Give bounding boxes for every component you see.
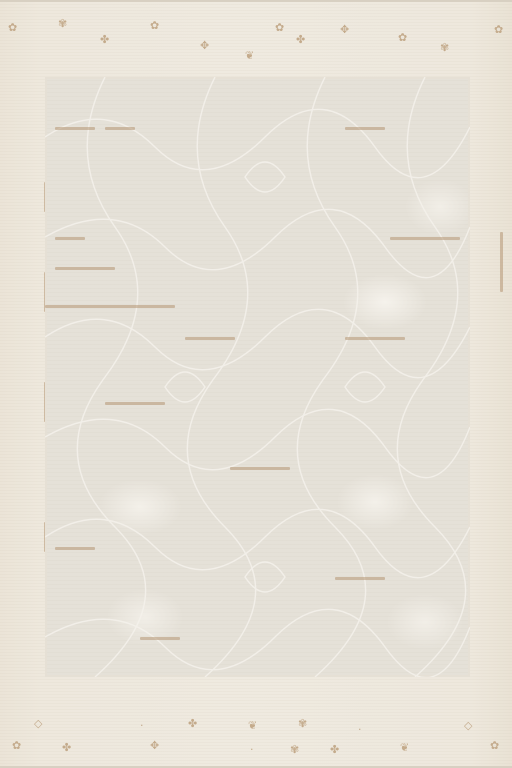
abrash-streak bbox=[105, 402, 165, 405]
border-motif: · bbox=[358, 724, 362, 735]
border-motif: ◇ bbox=[464, 720, 472, 731]
border-motif: ✤ bbox=[188, 718, 197, 729]
border-motif: ✿ bbox=[490, 740, 499, 751]
border-motif: ✤ bbox=[296, 34, 305, 45]
abrash-streak bbox=[55, 237, 85, 240]
border-motif: ❦ bbox=[248, 720, 257, 731]
border-motif: ✿ bbox=[12, 740, 21, 751]
border-motif: ✾ bbox=[58, 18, 67, 29]
border-motif: ❦ bbox=[400, 742, 409, 753]
border-motif: ✿ bbox=[8, 22, 17, 33]
border-motif: ◇ bbox=[34, 718, 42, 729]
border-motif: · bbox=[140, 720, 144, 731]
floral-lattice-pattern bbox=[45, 77, 470, 677]
abrash-streak bbox=[55, 267, 115, 270]
abrash-streak bbox=[55, 127, 95, 130]
border-motif: ✿ bbox=[494, 24, 503, 35]
border-motif: ✾ bbox=[290, 744, 299, 755]
abrash-streak bbox=[345, 127, 385, 130]
border-motif: ✤ bbox=[100, 34, 109, 45]
border-motif: ✿ bbox=[150, 20, 159, 31]
rug-center-field bbox=[45, 77, 470, 677]
border-motif: ✾ bbox=[440, 42, 449, 53]
abrash-streak bbox=[390, 237, 460, 240]
abrash-streak bbox=[105, 127, 135, 130]
border-motif: ❦ bbox=[245, 50, 254, 61]
abrash-streak bbox=[345, 337, 405, 340]
border-motif: ✥ bbox=[150, 740, 159, 751]
border-motif: ✥ bbox=[340, 24, 349, 35]
border-motif: ✾ bbox=[298, 718, 307, 729]
rug-photo: ✿ ✾ ✤ ✿ ✥ ❦ ✿ ✤ ✥ ✿ ✾ ✿ ◇ · ✤ ❦ ✾ · ◇ ✿ … bbox=[0, 0, 512, 768]
border-motif: · bbox=[250, 744, 254, 755]
abrash-streak bbox=[185, 337, 235, 340]
abrash-streak bbox=[335, 577, 385, 580]
border-motif: ✿ bbox=[398, 32, 407, 43]
abrash-streak bbox=[500, 232, 503, 292]
abrash-streak bbox=[140, 637, 180, 640]
abrash-streak bbox=[55, 547, 95, 550]
abrash-streak bbox=[230, 467, 290, 470]
border-motif: ✤ bbox=[62, 742, 71, 753]
abrash-streak bbox=[45, 305, 175, 308]
border-motif: ✿ bbox=[275, 22, 284, 33]
border-motif: ✤ bbox=[330, 744, 339, 755]
border-motif: ✥ bbox=[200, 40, 209, 51]
